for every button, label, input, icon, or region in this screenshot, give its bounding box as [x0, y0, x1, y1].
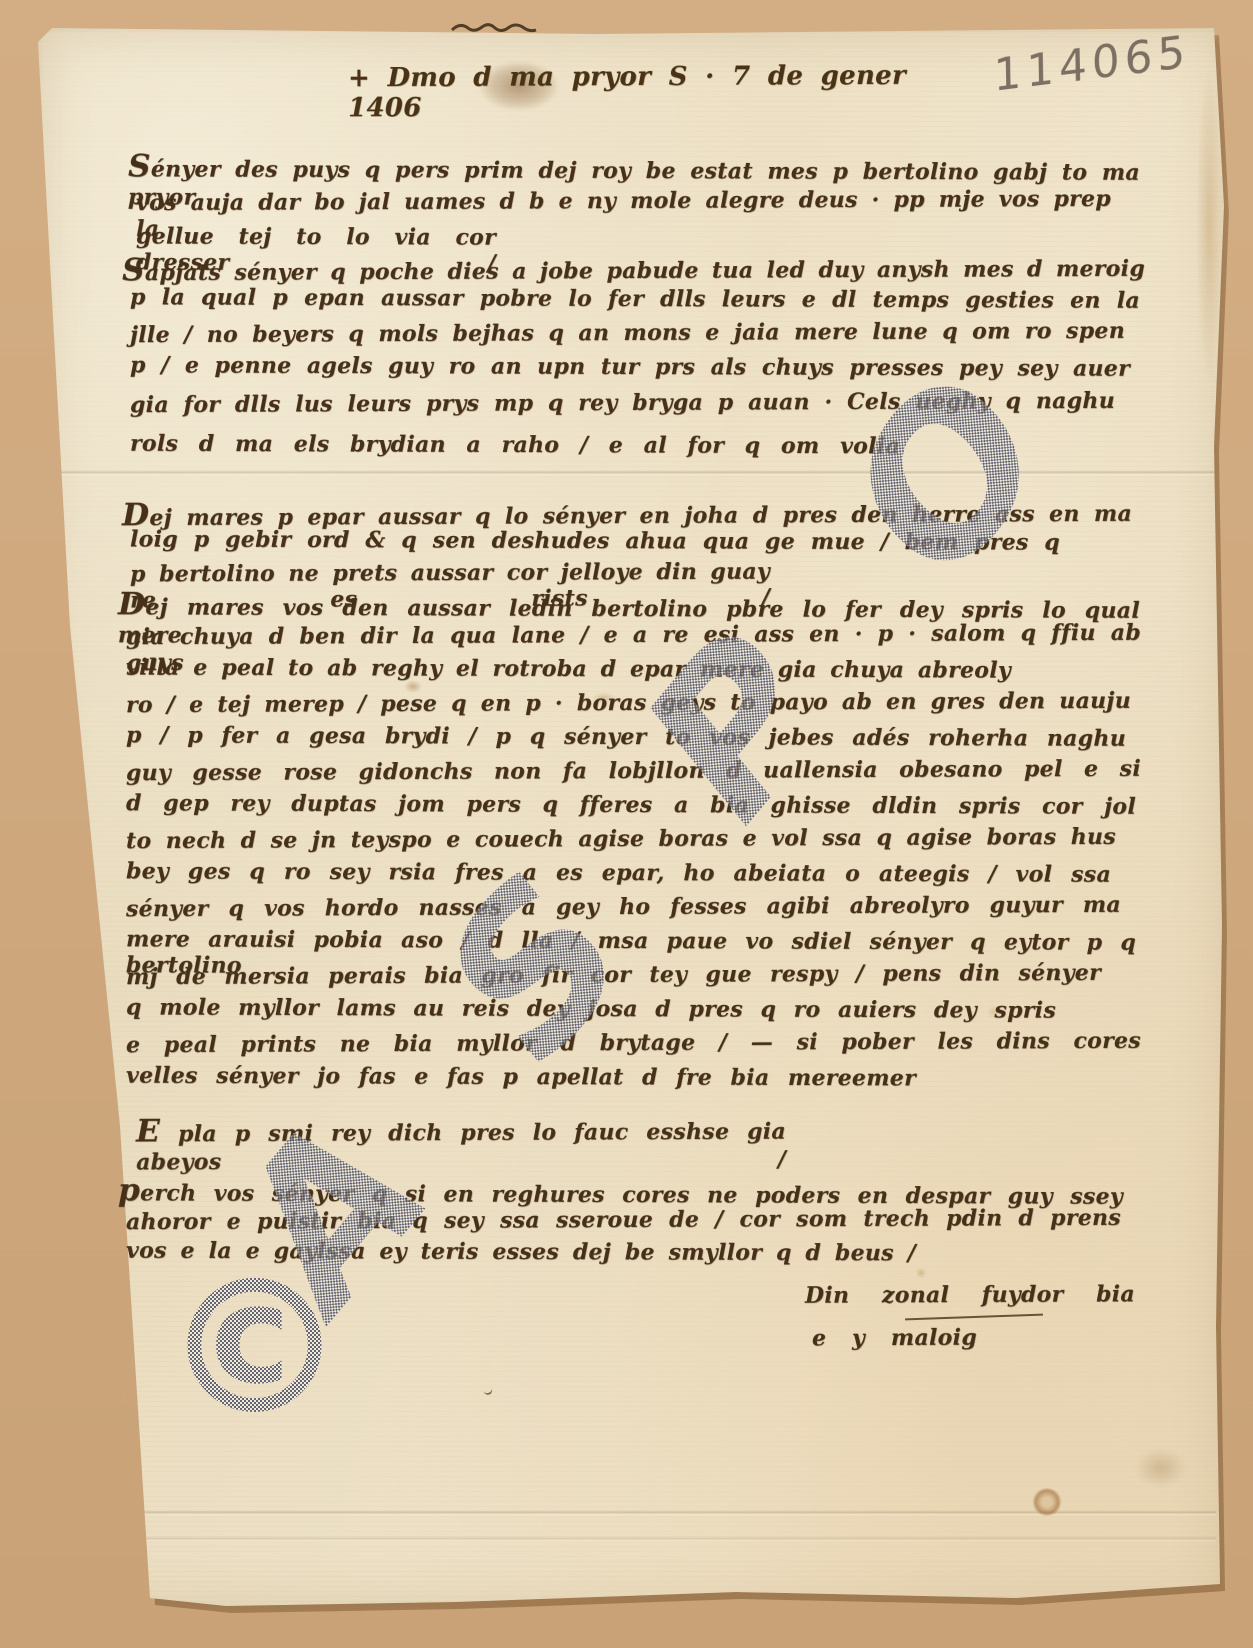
- manuscript-line: guy gesse rose gidonchs non fa lobjllon …: [126, 756, 1141, 794]
- manuscript-line: loig p gebir ord & q sen deshudes ahua q…: [130, 526, 1060, 563]
- manuscript-line: Dej mares vos den aussar ledin bertolino…: [118, 586, 1140, 624]
- manuscript-line: vos auja dar bo jal uames d b e ny mole …: [136, 186, 1111, 224]
- manuscript-line: villa e peal to ab reghy el rotroba d ep…: [126, 654, 1011, 691]
- manuscript-line: p la qual p epan aussar pobre lo fer dll…: [130, 284, 1140, 322]
- manuscript-line: to nech d se jn teyspo e couech agise bo…: [126, 824, 1116, 862]
- manuscript-line: perch vos sényer q si en reghures cores …: [118, 1172, 1123, 1210]
- manuscript-line: Sényer des puys q pers prim dej roy be e…: [128, 148, 1140, 186]
- manuscript-line: ro / e tej merep / pese q en p · boras g…: [126, 688, 1131, 726]
- manuscript-line: e peal prints ne bia myllor d brytage / …: [126, 1028, 1141, 1066]
- manuscript-line: gia chuya d ben dir la qua lane / e a re…: [126, 620, 1141, 658]
- manuscript-line: d gep rey duptas jom pers q fferes a bia…: [126, 790, 1136, 828]
- manuscript-line: p / e penne agels guy ro an upn tur prs …: [130, 352, 1130, 389]
- manuscript-line: p / p fer a gesa brydi / p q sényer to v…: [126, 722, 1126, 759]
- fold-crease: [146, 1536, 1216, 1542]
- edge-browning: [1196, 66, 1222, 386]
- fold-crease: [56, 470, 1216, 476]
- manuscript-scan: 114065 + Dmo d ma pryor S · 7 de gener 1…: [0, 0, 1253, 1648]
- date-heading: + Dmo d ma pryor S · 7 de gener 1406: [348, 61, 906, 97]
- manuscript-line: Dej mares p epar aussar q lo sényer en j…: [122, 493, 1132, 531]
- manuscript-line: vos e la e gaylssa ey teris esses dej be…: [126, 1238, 916, 1275]
- manuscript-line: mj de mersia perais bia gro fir cor tey …: [126, 960, 1101, 998]
- manuscript-line: bey ges q ro sey rsia fres a es epar, ho…: [126, 858, 1111, 895]
- manuscript-line: sényer q vos hordo nasses a gey ho fesse…: [126, 892, 1121, 930]
- manuscript-line: q mole myllor lams au reis dey josa d pr…: [126, 994, 1056, 1031]
- manuscript-line: E pla p smi rey dich pres lo fauc esshse…: [136, 1111, 786, 1148]
- manuscript-line: jlle / no beyers q mols bejhas q an mons…: [130, 318, 1125, 356]
- manuscript-line: velles sényer jo fas e fas p apellat d f…: [126, 1063, 916, 1100]
- manuscript-line: mere arauisi pobia aso / d lla / msa pau…: [126, 926, 1136, 964]
- manuscript-line: gia for dlls lus leurs prys mp q rey bry…: [130, 388, 1115, 426]
- manuscript-line: rols d ma els brydian a raho / e al for …: [130, 431, 900, 468]
- manuscript-line: Sapjats sényer q poche dies a jobe pabud…: [122, 248, 1145, 286]
- top-edge-ink-mark: [448, 14, 588, 40]
- signature-line: e y maloig: [812, 1325, 977, 1360]
- signature-line: Din zonal fuydor bia: [805, 1281, 1135, 1316]
- fold-crease: [56, 1510, 1216, 1516]
